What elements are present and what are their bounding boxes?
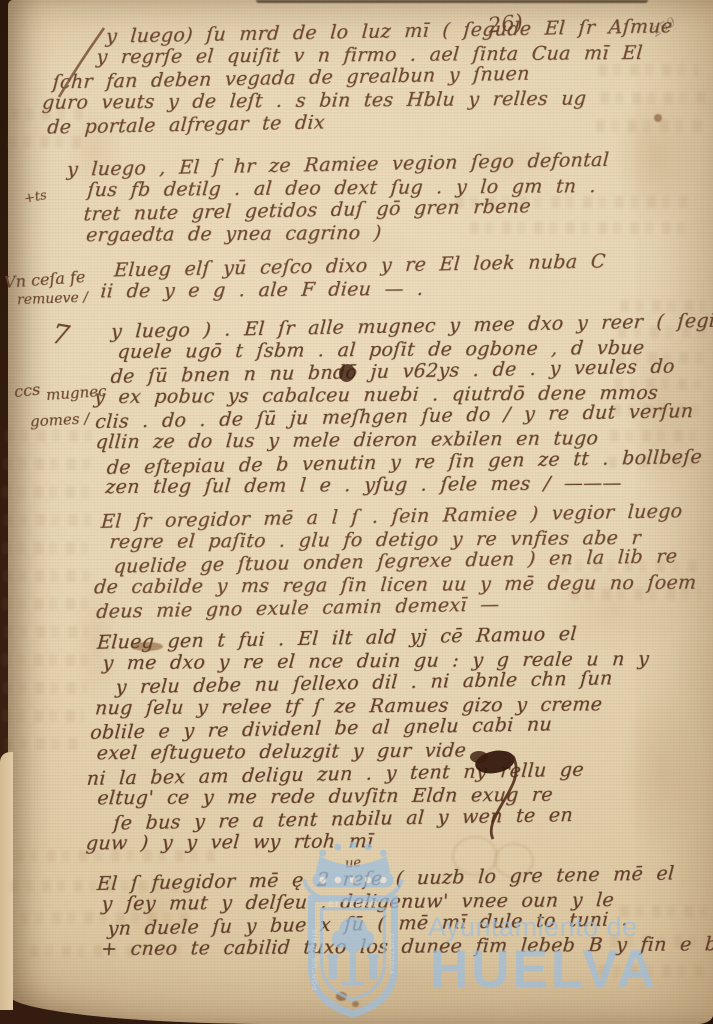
text-block-4: y luego ) . El ſr alle mugnec y mee dxo … <box>86 311 713 500</box>
text-block-6: Elueg gen t fui . El ilt ald yj cē Ramuo… <box>79 623 652 856</box>
margin-note: ccs <box>13 380 41 402</box>
margin-note: remueve / <box>17 290 88 308</box>
margin-note: ue <box>344 855 361 871</box>
paper-edge-patch <box>0 752 13 1010</box>
manuscript-line: guw ) y y vel wy rtoh mī <box>85 828 636 855</box>
text-block-2: y luego , El ſ hr ze Ramiee vegion ſego … <box>61 150 610 247</box>
margin-note: gomes / <box>30 409 90 430</box>
manuscript-line: + cneo te cabilid tuxo los dunee fim leb… <box>100 933 713 961</box>
page-top-edge-shadow <box>256 0 648 3</box>
text-block-3: Elueg elſ yū ceſco dixo y re El loek nub… <box>97 252 607 303</box>
text-block-7: El ſ fuegidor mē ę 2 reſe ( uuzb lo gre … <box>89 863 713 961</box>
manuscript-scan: 26) 259 y luego) ſu mrd de lo luz mī ( ſ… <box>0 0 713 1024</box>
manuscript-line: ii de y e g . ale F dieu — . <box>100 276 605 303</box>
manuscript-line: ergaedta de ynea cagrino ) <box>85 220 604 247</box>
text-block-5: El ſr oregidor mē a l ſ . ſein Ramiee ) … <box>89 502 702 622</box>
text-block-1: y luego) ſu mrd de lo luz mī ( ſegude El… <box>86 17 673 137</box>
